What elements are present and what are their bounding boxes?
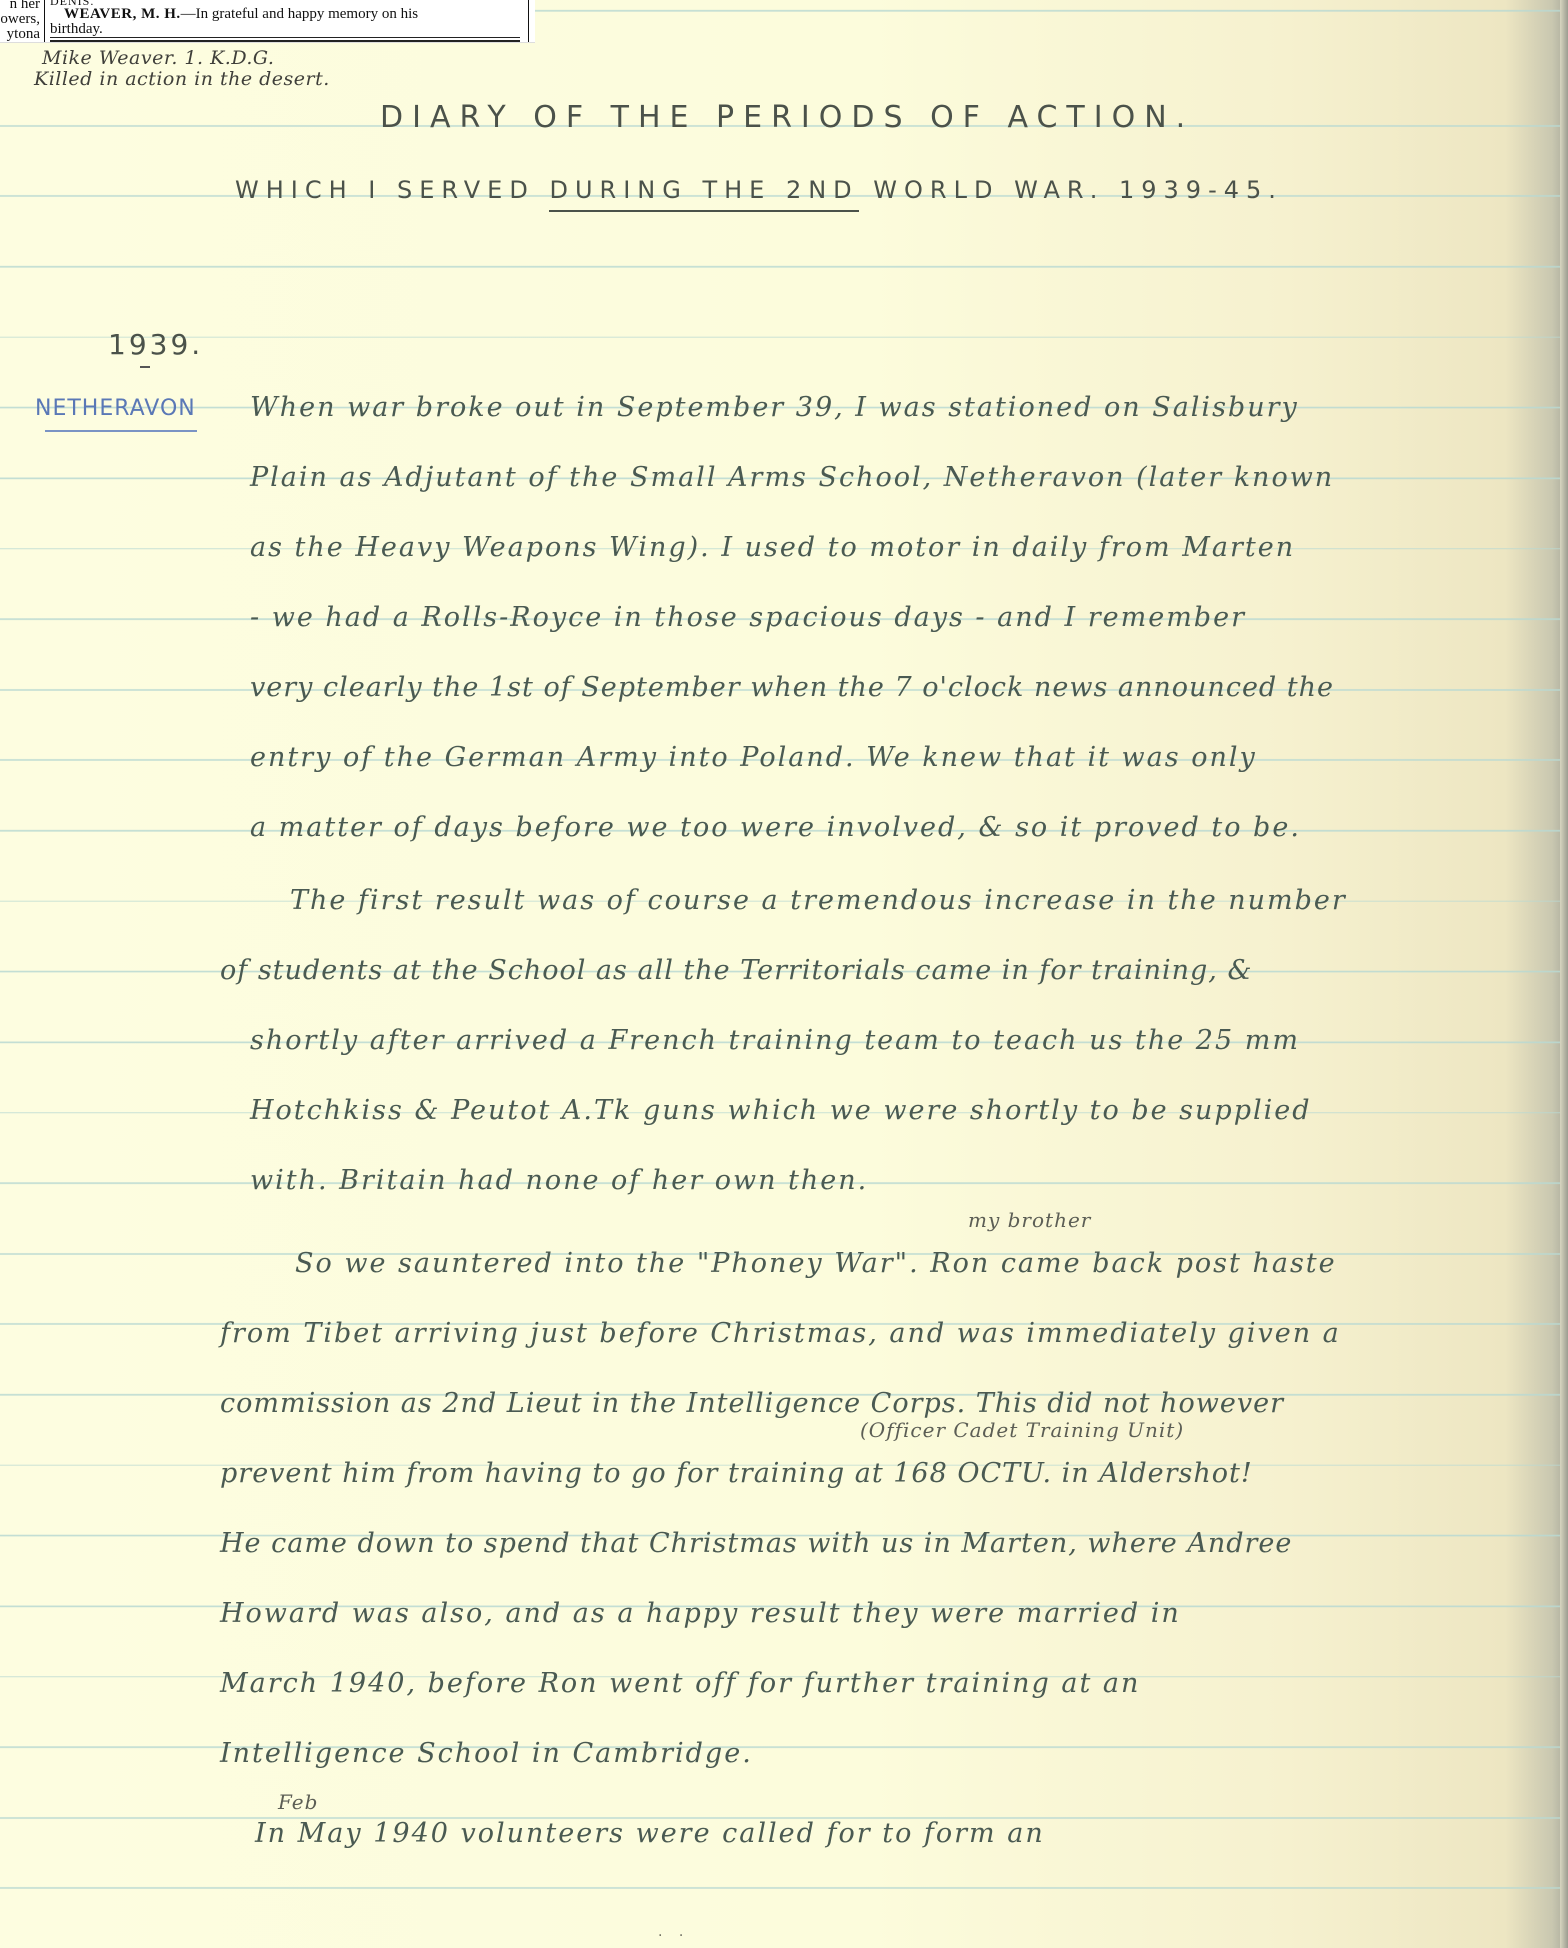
book-spine-edge (1560, 0, 1568, 1948)
newspaper-clipping: n her owers, ytona DENIS. WEAVER, M. H.—… (0, 0, 535, 43)
diary-line: commission as 2nd Lieut in the Intellige… (220, 1388, 1284, 1419)
diary-line: shortly after arrived a French training … (250, 1025, 1300, 1056)
year-underline (140, 366, 150, 368)
subtitle-underlined: DURING THE 2ND (549, 176, 858, 212)
pencil-annotation-line1: Mike Weaver. 1. K.D.G. (42, 47, 274, 69)
insertion-octu-expansion: (Officer Cadet Training Unit) (860, 1418, 1184, 1442)
ink-specks: · · (658, 1928, 689, 1944)
diary-line: So we sauntered into the "Phoney War". R… (295, 1248, 1337, 1279)
diary-line: entry of the German Army into Poland. We… (250, 742, 1257, 773)
page-subtitle: WHICH I SERVED DURING THE 2ND WORLD WAR.… (235, 176, 1283, 204)
clipping-rule (50, 37, 520, 38)
clipping-notice: DENIS. WEAVER, M. H.—In grateful and hap… (50, 0, 520, 37)
diary-line: as the Heavy Weapons Wing). I used to mo… (250, 532, 1295, 563)
clipping-left-column: n her owers, ytona (0, 0, 40, 42)
diary-line: from Tibet arriving just before Christma… (220, 1318, 1341, 1349)
clipping-text-cont: birthday. (50, 22, 520, 37)
diary-line: Plain as Adjutant of the Small Arms Scho… (250, 462, 1334, 493)
clipping-divider (528, 0, 529, 42)
diary-line: a matter of days before we too were invo… (250, 812, 1301, 843)
pencil-annotation-line2: Killed in action in the desert. (34, 68, 330, 90)
insertion-my-brother: my brother (968, 1208, 1091, 1232)
diary-line: of students at the School as all the Ter… (220, 955, 1253, 986)
clipping-rule (50, 40, 520, 42)
diary-line: Hotchkiss & Peutot A.Tk guns which we we… (250, 1095, 1312, 1126)
insertion-feb: Feb (278, 1790, 318, 1814)
diary-line: very clearly the 1st of September when t… (250, 672, 1334, 703)
page-title: DIARY OF THE PERIODS OF ACTION. (380, 100, 1194, 135)
clipping-left-text: ytona (0, 27, 40, 42)
clipping-left-text: owers, (0, 12, 40, 27)
clipping-text: —In grateful and happy memory on his (181, 6, 418, 22)
diary-line: Intelligence School in Cambridge. (220, 1738, 753, 1769)
diary-line: - we had a Rolls-Royce in those spacious… (250, 602, 1246, 633)
diary-line: When war broke out in September 39, I wa… (250, 392, 1299, 423)
clipping-divider (44, 0, 45, 42)
year-heading: 1939. (108, 328, 203, 361)
subtitle-part: WHICH I SERVED (235, 176, 535, 204)
clipping-name: WEAVER, M. H. (64, 6, 181, 22)
diary-line: prevent him from having to go for traini… (220, 1458, 1253, 1489)
diary-line: with. Britain had none of her own then. (250, 1165, 868, 1196)
diary-line: The first result was of course a tremend… (290, 885, 1347, 916)
subtitle-part: WORLD WAR. 1939-45. (873, 176, 1283, 204)
diary-line: In May 1940 volunteers were called for t… (255, 1818, 1045, 1849)
place-underline (45, 430, 197, 432)
diary-line: March 1940, before Ron went off for furt… (220, 1668, 1140, 1699)
diary-line: Howard was also, and as a happy result t… (220, 1598, 1181, 1629)
diary-line: He came down to spend that Christmas wit… (220, 1528, 1292, 1559)
margin-place-name: NETHERAVON (35, 396, 196, 421)
